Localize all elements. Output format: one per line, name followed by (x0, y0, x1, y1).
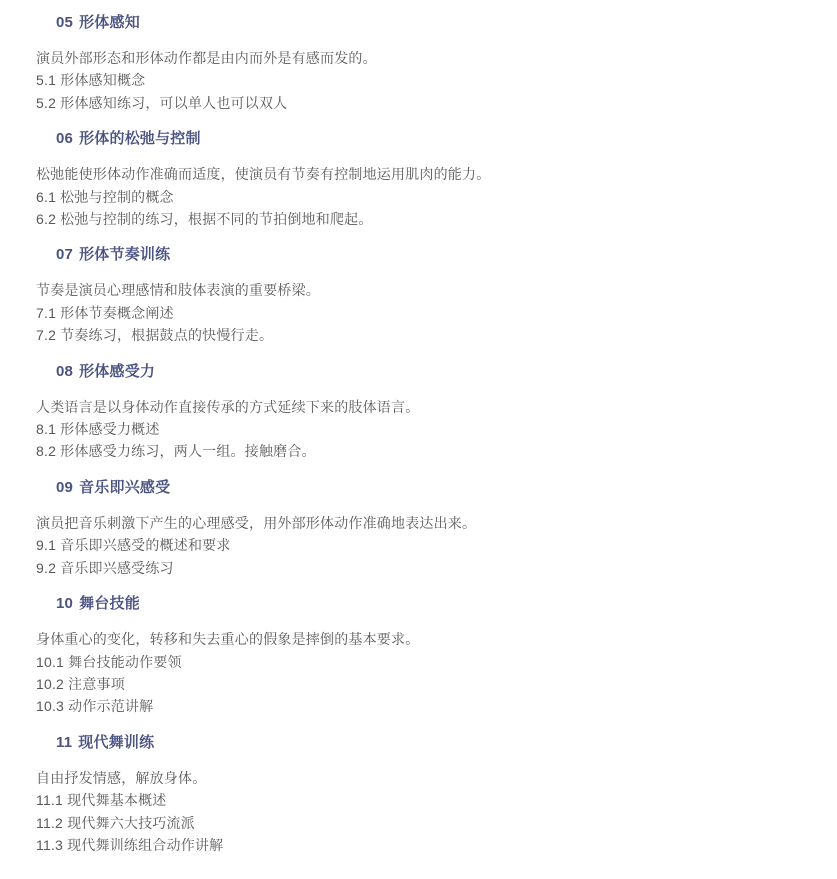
section-heading: 11现代舞训练 (56, 733, 797, 753)
section-title: 形体的松弛与控制 (79, 130, 201, 147)
section-intro: 演员外部形态和形体动作都是由内而外是有感而发的。 (36, 47, 797, 69)
section-intro: 松弛能使形体动作准确而适度，使演员有节奏有控制地运用肌肉的能力。 (36, 163, 797, 185)
section-item: 10.1 舞台技能动作要领 (36, 651, 797, 673)
section-item: 5.1 形体感知概念 (36, 69, 797, 91)
section-item: 8.2 形体感受力练习，两人一组。接触磨合。 (36, 440, 797, 462)
section-number: 08 (56, 363, 73, 380)
section-item: 10.3 动作示范讲解 (36, 695, 797, 717)
section-item: 11.2 现代舞六大技巧流派 (36, 812, 797, 834)
section-heading: 09音乐即兴感受 (56, 478, 797, 498)
section-title: 形体节奏训练 (79, 246, 170, 263)
section-intro: 自由抒发情感，解放身体。 (36, 767, 797, 789)
section-item: 9.2 音乐即兴感受练习 (36, 557, 797, 579)
section-item: 7.2 节奏练习，根据鼓点的快慢行走。 (36, 324, 797, 346)
section-title: 形体感受力 (79, 363, 155, 380)
section-item: 11.3 现代舞训练组合动作讲解 (36, 834, 797, 856)
section-intro: 节奏是演员心理感情和肢体表演的重要桥梁。 (36, 279, 797, 301)
section-item: 9.1 音乐即兴感受的概述和要求 (36, 534, 797, 556)
course-section: 06形体的松弛与控制松弛能使形体动作准确而适度，使演员有节奏有控制地运用肌肉的能… (36, 129, 797, 230)
section-item: 5.2 形体感知练习，可以单人也可以双人 (36, 92, 797, 114)
section-item: 6.1 松弛与控制的概念 (36, 186, 797, 208)
section-heading: 08形体感受力 (56, 362, 797, 382)
section-number: 05 (56, 14, 73, 31)
section-item: 6.2 松弛与控制的练习，根据不同的节拍倒地和爬起。 (36, 208, 797, 230)
section-number: 06 (56, 130, 73, 147)
section-item: 8.1 形体感受力概述 (36, 418, 797, 440)
section-intro: 演员把音乐刺激下产生的心理感受，用外部形体动作准确地表达出来。 (36, 512, 797, 534)
section-heading: 10舞台技能 (56, 594, 797, 614)
section-number: 10 (56, 595, 73, 612)
section-heading: 05形体感知 (56, 13, 797, 33)
section-item: 11.1 现代舞基本概述 (36, 789, 797, 811)
course-outline-page: 05形体感知演员外部形态和形体动作都是由内而外是有感而发的。5.1 形体感知概念… (0, 0, 837, 856)
section-intro: 人类语言是以身体动作直接传承的方式延续下来的肢体语言。 (36, 396, 797, 418)
section-heading: 06形体的松弛与控制 (56, 129, 797, 149)
course-section: 10舞台技能身体重心的变化，转移和失去重心的假象是摔倒的基本要求。10.1 舞台… (36, 594, 797, 718)
course-section: 08形体感受力人类语言是以身体动作直接传承的方式延续下来的肢体语言。8.1 形体… (36, 362, 797, 463)
section-title: 形体感知 (79, 14, 140, 31)
course-section: 05形体感知演员外部形态和形体动作都是由内而外是有感而发的。5.1 形体感知概念… (36, 13, 797, 114)
section-number: 07 (56, 246, 73, 263)
section-number: 11 (56, 734, 72, 751)
section-intro: 身体重心的变化，转移和失去重心的假象是摔倒的基本要求。 (36, 628, 797, 650)
section-heading: 07形体节奏训练 (56, 245, 797, 265)
section-title: 音乐即兴感受 (79, 479, 170, 496)
section-title: 舞台技能 (79, 595, 140, 612)
course-section: 11现代舞训练自由抒发情感，解放身体。11.1 现代舞基本概述11.2 现代舞六… (36, 733, 797, 857)
section-number: 09 (56, 479, 73, 496)
section-item: 10.2 注意事项 (36, 673, 797, 695)
section-item: 7.1 形体节奏概念阐述 (36, 302, 797, 324)
course-section: 07形体节奏训练节奏是演员心理感情和肢体表演的重要桥梁。7.1 形体节奏概念阐述… (36, 245, 797, 346)
course-section: 09音乐即兴感受演员把音乐刺激下产生的心理感受，用外部形体动作准确地表达出来。9… (36, 478, 797, 579)
section-title: 现代舞训练 (78, 734, 154, 751)
